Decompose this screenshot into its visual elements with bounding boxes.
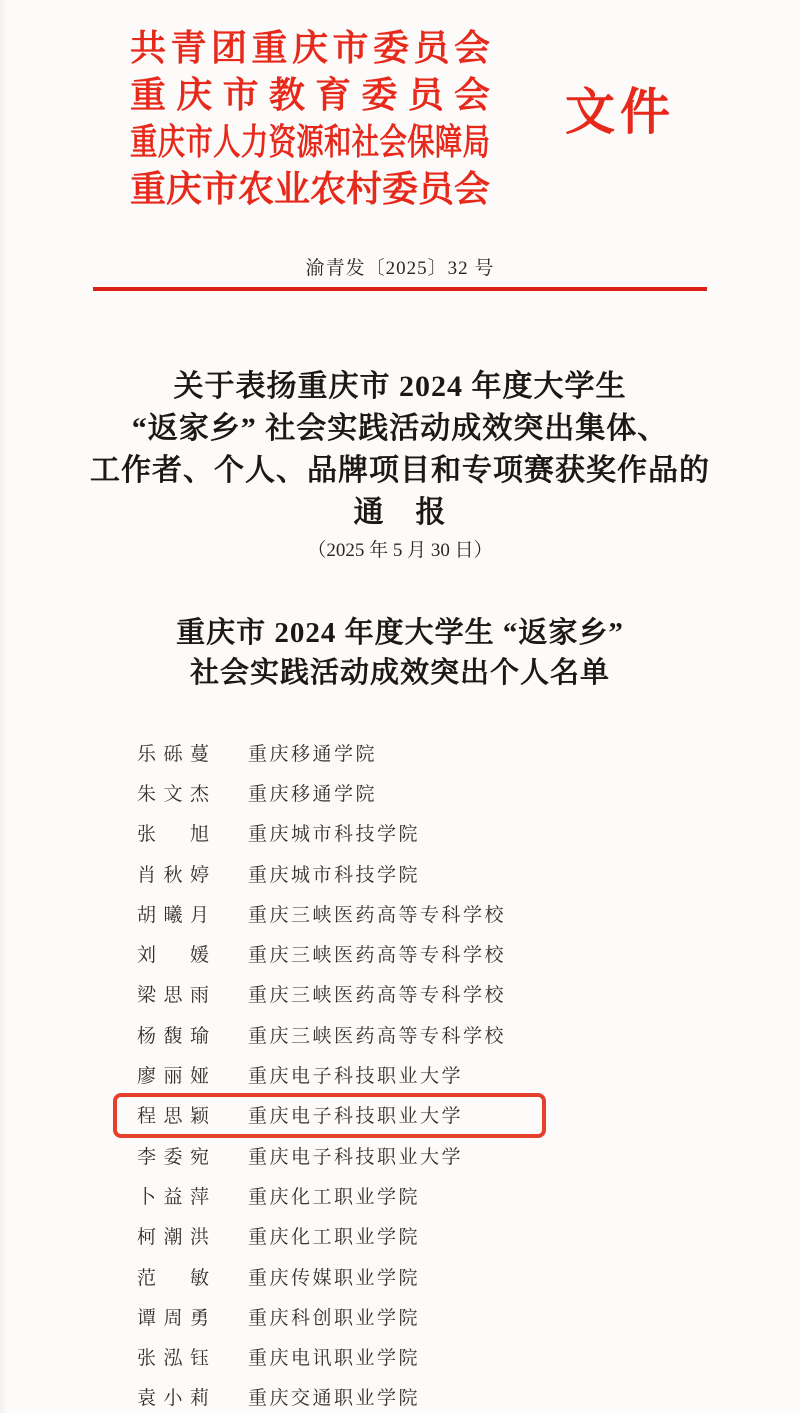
document-label: 文件 (565, 84, 675, 140)
list-item: 卜益萍 重庆化工职业学院 (137, 1175, 657, 1215)
person-name: 杨馥瑜 (137, 1021, 209, 1048)
org-name-4: 重庆市农业农村委员会 (130, 166, 490, 213)
list-item: 张旭 重庆城市科技学院 (137, 813, 657, 853)
title-line-3: 工作者、个人、品牌项目和专项赛获奖作品的 (0, 450, 800, 492)
title-line-2: “返家乡” 社会实践活动成效突出集体、 (0, 408, 800, 450)
document-page: 共青团重庆市委员会 重庆市教育委员会 重庆市人力资源和社会保障局 重庆市农业农村… (0, 0, 800, 1413)
person-name: 谭周勇 (137, 1303, 209, 1330)
person-name: 张泓钰 (137, 1343, 209, 1370)
school-name: 重庆移通学院 (248, 779, 377, 806)
person-name: 朱文杰 (137, 779, 209, 806)
person-name: 梁思雨 (137, 980, 209, 1007)
person-name: 范敏 (137, 1263, 209, 1290)
school-name: 重庆化工职业学院 (248, 1222, 420, 1249)
person-name: 柯潮洪 (137, 1222, 209, 1249)
list-item: 袁小莉 重庆交通职业学院 (137, 1377, 657, 1413)
title-line-4: 通 报 (0, 492, 800, 534)
list-item: 廖丽娅 重庆电子科技职业大学 (137, 1054, 657, 1094)
school-name: 重庆移通学院 (248, 739, 377, 766)
org-name-3: 重庆市人力资源和社会保障局 (130, 119, 490, 166)
person-name: 肖秋婷 (137, 860, 209, 887)
school-name: 重庆传媒职业学院 (248, 1263, 420, 1290)
list-item: 谭周勇 重庆科创职业学院 (137, 1296, 657, 1336)
person-name: 廖丽娅 (137, 1061, 209, 1088)
school-name: 重庆三峡医药高等专科学校 (248, 900, 506, 927)
title-line-1: 关于表扬重庆市 2024 年度大学生 (0, 366, 800, 408)
person-name: 程思颖 (137, 1101, 209, 1128)
section-title: 重庆市 2024 年度大学生 “返家乡” 社会实践活动成效突出个人名单 (0, 613, 800, 693)
list-item: 刘媛 重庆三峡医药高等专科学校 (137, 933, 657, 973)
school-name: 重庆电子科技职业大学 (248, 1142, 463, 1169)
list-item: 肖秋婷 重庆城市科技学院 (137, 853, 657, 893)
school-name: 重庆交通职业学院 (248, 1383, 420, 1410)
person-name: 李委宛 (137, 1142, 209, 1169)
list-item: 张泓钰 重庆电讯职业学院 (137, 1336, 657, 1376)
org-name-1: 共青团重庆市委员会 (130, 25, 490, 72)
section-title-line-2: 社会实践活动成效突出个人名单 (0, 653, 800, 693)
school-name: 重庆三峡医药高等专科学校 (248, 980, 506, 1007)
list-item: 柯潮洪 重庆化工职业学院 (137, 1216, 657, 1256)
list-item: 杨馥瑜 重庆三峡医药高等专科学校 (137, 1014, 657, 1054)
list-item: 程思颖 重庆电子科技职业大学 (137, 1095, 657, 1135)
person-name: 乐砾蔓 (137, 739, 209, 766)
list-item: 梁思雨 重庆三峡医药高等专科学校 (137, 974, 657, 1014)
list-item: 胡曦月 重庆三峡医药高等专科学校 (137, 893, 657, 933)
issuing-orgs: 共青团重庆市委员会 重庆市教育委员会 重庆市人力资源和社会保障局 重庆市农业农村… (130, 25, 604, 213)
org-name-2: 重庆市教育委员会 (130, 72, 490, 119)
document-title: 关于表扬重庆市 2024 年度大学生 “返家乡” 社会实践活动成效突出集体、 工… (0, 366, 800, 534)
school-name: 重庆化工职业学院 (248, 1182, 420, 1209)
person-name: 刘媛 (137, 940, 209, 967)
section-title-line-1: 重庆市 2024 年度大学生 “返家乡” (0, 613, 800, 653)
list-item: 朱文杰 重庆移通学院 (137, 772, 657, 812)
school-name: 重庆电讯职业学院 (248, 1343, 420, 1370)
school-name: 重庆电子科技职业大学 (248, 1061, 463, 1088)
school-name: 重庆电子科技职业大学 (248, 1101, 463, 1128)
list-item: 乐砾蔓 重庆移通学院 (137, 732, 657, 772)
person-name: 袁小莉 (137, 1383, 209, 1410)
document-date: （2025 年 5 月 30 日） (0, 538, 800, 564)
list-item: 李委宛 重庆电子科技职业大学 (137, 1135, 657, 1175)
person-name: 卜益萍 (137, 1182, 209, 1209)
red-divider-line (93, 287, 707, 291)
school-name: 重庆三峡医药高等专科学校 (248, 1021, 506, 1048)
document-number: 渝青发〔2025〕32 号 (0, 257, 800, 281)
recipient-list: 乐砾蔓 重庆移通学院 朱文杰 重庆移通学院 张旭 重庆城市科技学院 肖秋婷 重庆… (137, 732, 657, 1413)
school-name: 重庆科创职业学院 (248, 1303, 420, 1330)
list-item: 范敏 重庆传媒职业学院 (137, 1256, 657, 1296)
school-name: 重庆城市科技学院 (248, 819, 420, 846)
person-name: 张旭 (137, 819, 209, 846)
school-name: 重庆三峡医药高等专科学校 (248, 940, 506, 967)
person-name: 胡曦月 (137, 900, 209, 927)
school-name: 重庆城市科技学院 (248, 860, 420, 887)
